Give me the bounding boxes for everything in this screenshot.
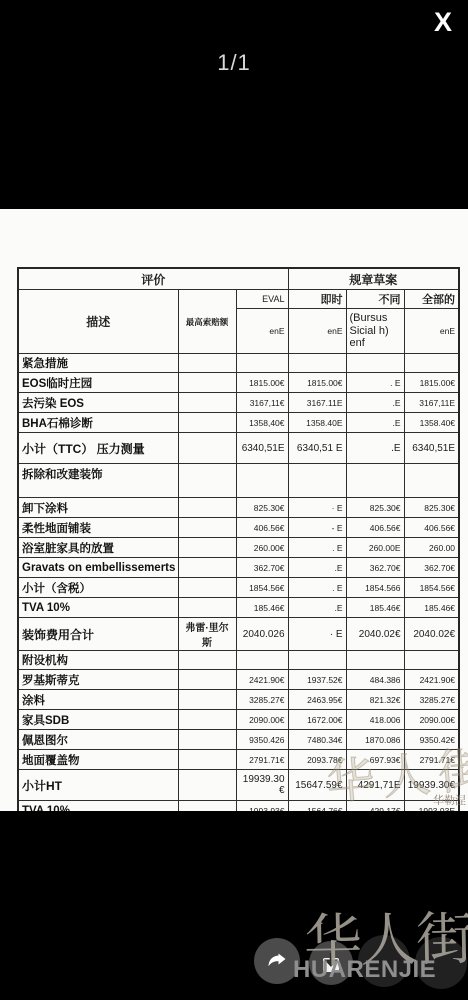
cell-total: 260.00 (404, 538, 459, 558)
cell-claim (178, 464, 236, 498)
cell-eval: 1358,40€ (236, 413, 288, 433)
cell-immediate (288, 651, 346, 670)
cell-total: 362.70€ (404, 558, 459, 578)
cell-immediate (288, 354, 346, 373)
cell-claim (178, 558, 236, 578)
close-button[interactable]: X (434, 4, 452, 40)
download-button[interactable] (309, 941, 353, 985)
unit-eval: enE (236, 309, 288, 354)
cell-different: 406.56€ (346, 518, 404, 538)
cell-different: 2040.02€ (346, 618, 404, 651)
cell-desc: 去污染 EOS (18, 393, 178, 413)
cell-desc: 装饰费用合计 (18, 618, 178, 651)
table-row: BHA石棉诊断1358,40€1358.40E.E1358.40€ (18, 413, 459, 433)
table-row: 家具SDB2090.00€1672.00€418.0062090.00€ (18, 710, 459, 730)
cell-eval: 1993,93€ (236, 801, 288, 812)
cell-desc: 紧急措施 (18, 354, 178, 373)
document-image[interactable]: 评价 规章草案 描述 最高索赔额 EVAL 即时 不同 全部的 enE enE … (0, 209, 468, 811)
page-indicator: 1/1 (0, 50, 468, 76)
share-button[interactable] (254, 938, 300, 984)
cell-claim (178, 433, 236, 464)
cell-total: 6340,51E (404, 433, 459, 464)
table-row: 拆除和改建装饰 (18, 464, 459, 498)
cell-different: .E (346, 413, 404, 433)
cell-different: 362.70€ (346, 558, 404, 578)
cell-total (404, 464, 459, 498)
obscured-button-1[interactable] (358, 935, 410, 987)
cell-claim (178, 538, 236, 558)
cell-claim (178, 770, 236, 801)
header-group-row: 评价 规章草案 (18, 268, 459, 290)
cell-eval: 9350.426 (236, 730, 288, 750)
cell-desc: 小计HT (18, 770, 178, 801)
cell-different (346, 354, 404, 373)
cell-desc: 附设机构 (18, 651, 178, 670)
cell-total (404, 354, 459, 373)
cell-desc: TVA 10% (18, 801, 178, 812)
table-row: 去污染 EOS3167,11€3167.11E.E3167,11E (18, 393, 459, 413)
cell-immediate: 1672.00€ (288, 710, 346, 730)
cell-immediate: 3167.11E (288, 393, 346, 413)
cell-eval: 2090.00€ (236, 710, 288, 730)
group-evaluation: 评价 (18, 268, 288, 290)
col-header-immediate: 即时 (288, 290, 346, 309)
cell-total: 3167,11E (404, 393, 459, 413)
cell-desc: 拆除和改建装饰 (18, 464, 178, 498)
cell-eval: 2791.71€ (236, 750, 288, 770)
cell-immediate: · E (288, 498, 346, 518)
cell-total: 2040.02€ (404, 618, 459, 651)
cell-eval: 2421.90€ (236, 670, 288, 690)
cell-desc: 涂料 (18, 690, 178, 710)
table-row: 附设机构 (18, 651, 459, 670)
cell-eval (236, 651, 288, 670)
cell-immediate: .E (288, 598, 346, 618)
cell-eval: 3285.27€ (236, 690, 288, 710)
cell-total (404, 651, 459, 670)
cell-total: 406.56€ (404, 518, 459, 538)
cell-desc: 佩恩图尔 (18, 730, 178, 750)
estimate-table: 评价 规章草案 描述 最高索赔额 EVAL 即时 不同 全部的 enE enE … (17, 267, 460, 811)
table-row: 浴室脏家具的放置260.00€. E260.00E260.00 (18, 538, 459, 558)
unit-immediate: enE (288, 309, 346, 354)
cell-immediate: 2463.95€ (288, 690, 346, 710)
cell-claim (178, 354, 236, 373)
cell-desc: BHA石棉诊断 (18, 413, 178, 433)
cell-claim (178, 373, 236, 393)
cell-immediate (288, 464, 346, 498)
cell-desc: 小计（含税） (18, 578, 178, 598)
cell-eval: 185.46€ (236, 598, 288, 618)
header-column-row: 描述 最高索赔额 EVAL 即时 不同 全部的 (18, 290, 459, 309)
cell-claim (178, 670, 236, 690)
cell-different: .E (346, 393, 404, 413)
cell-eval: 825.30€ (236, 498, 288, 518)
cell-eval: 1815.00€ (236, 373, 288, 393)
unit-different: (Bursus Sicial h) enf (346, 309, 404, 354)
share-arrow-icon (265, 949, 289, 973)
cell-eval (236, 354, 288, 373)
cell-claim (178, 498, 236, 518)
cell-total: 1358.40€ (404, 413, 459, 433)
cell-desc: EOS临时庄园 (18, 373, 178, 393)
cell-immediate: 1937.52€ (288, 670, 346, 690)
cell-different: 185.46€ (346, 598, 404, 618)
cell-immediate: 1815.00€ (288, 373, 346, 393)
cell-eval: 19939.30 € (236, 770, 288, 801)
cell-desc: 浴室脏家具的放置 (18, 538, 178, 558)
cell-claim (178, 710, 236, 730)
cell-different: .E (346, 433, 404, 464)
cell-different: 1854.566 (346, 578, 404, 598)
cell-eval: 362.70€ (236, 558, 288, 578)
cell-claim (178, 690, 236, 710)
cell-claim (178, 518, 236, 538)
col-header-eval: EVAL (236, 290, 288, 309)
cell-desc: 地面覆盖物 (18, 750, 178, 770)
cell-eval: 260.00€ (236, 538, 288, 558)
cell-total: 185.46€ (404, 598, 459, 618)
cell-total: 2090.00€ (404, 710, 459, 730)
cell-different (346, 464, 404, 498)
cell-claim (178, 750, 236, 770)
col-header-description: 描述 (18, 290, 178, 354)
cell-claim (178, 730, 236, 750)
cell-desc: Gravats on embellissemerts (18, 558, 178, 578)
cell-total: 3285.27€ (404, 690, 459, 710)
cell-eval: 2040.026 (236, 618, 288, 651)
cell-claim (178, 801, 236, 812)
cell-eval: 406.56€ (236, 518, 288, 538)
cell-eval (236, 464, 288, 498)
cell-different: . E (346, 373, 404, 393)
cell-total: 825.30€ (404, 498, 459, 518)
download-tray-icon (319, 951, 343, 975)
cell-different: 260.00E (346, 538, 404, 558)
cell-total: 1854.56€ (404, 578, 459, 598)
table-row: EOS临时庄园1815.00€1815.00€. E1815.00€ (18, 373, 459, 393)
cell-immediate: · E (288, 618, 346, 651)
table-row: 小计（TTC） 压力测量6340,51E6340,51 E.E6340,51E (18, 433, 459, 464)
cell-desc: 罗基斯蒂克 (18, 670, 178, 690)
table-row: 装饰费用合计弗雷·里尔斯2040.026· E2040.02€2040.02€ (18, 618, 459, 651)
cell-immediate: 6340,51 E (288, 433, 346, 464)
cell-claim (178, 393, 236, 413)
cell-eval: 6340,51E (236, 433, 288, 464)
cell-immediate: . E (288, 538, 346, 558)
table-row: TVA 10%185.46€.E185.46€185.46€ (18, 598, 459, 618)
cell-eval: 1854.56€ (236, 578, 288, 598)
cell-desc: 家具SDB (18, 710, 178, 730)
cell-claim (178, 413, 236, 433)
cell-total: 2421.90€ (404, 670, 459, 690)
cell-claim (178, 651, 236, 670)
cell-different: 821.32€ (346, 690, 404, 710)
table-row: 涂料3285.27€2463.95€821.32€3285.27€ (18, 690, 459, 710)
table-row: Gravats on embellissemerts362.70€.E362.7… (18, 558, 459, 578)
unit-total: enE (404, 309, 459, 354)
cell-immediate: 1358.40E (288, 413, 346, 433)
cell-immediate: - E (288, 518, 346, 538)
table-row: 紧急措施 (18, 354, 459, 373)
obscured-button-2[interactable] (415, 937, 467, 989)
table-row: 小计（含税）1854.56€. E1854.5661854.56€ (18, 578, 459, 598)
col-header-max-claim: 最高索赔额 (178, 290, 236, 354)
cell-different: 484.386 (346, 670, 404, 690)
cell-immediate: .E (288, 558, 346, 578)
table-row: 卸下涂料825.30€· E825.30€825.30€ (18, 498, 459, 518)
cell-desc: 柔性地面铺装 (18, 518, 178, 538)
cell-total: 1815.00€ (404, 373, 459, 393)
table-row: 罗基斯蒂克2421.90€1937.52€484.3862421.90€ (18, 670, 459, 690)
document-corner-watermark: 华勒涅 (433, 792, 466, 808)
cell-claim (178, 578, 236, 598)
cell-different: 418.006 (346, 710, 404, 730)
cell-desc: 卸下涂料 (18, 498, 178, 518)
cell-eval: 3167,11€ (236, 393, 288, 413)
cell-claim: 弗雷·里尔斯 (178, 618, 236, 651)
col-header-total: 全部的 (404, 290, 459, 309)
cell-different: 825.30€ (346, 498, 404, 518)
table-row: 柔性地面铺装406.56€- E406.56€406.56€ (18, 518, 459, 538)
cell-desc: 小计（TTC） 压力测量 (18, 433, 178, 464)
cell-different (346, 651, 404, 670)
cell-claim (178, 598, 236, 618)
col-header-different: 不同 (346, 290, 404, 309)
group-draft: 规章草案 (288, 268, 459, 290)
cell-desc: TVA 10% (18, 598, 178, 618)
cell-immediate: . E (288, 578, 346, 598)
